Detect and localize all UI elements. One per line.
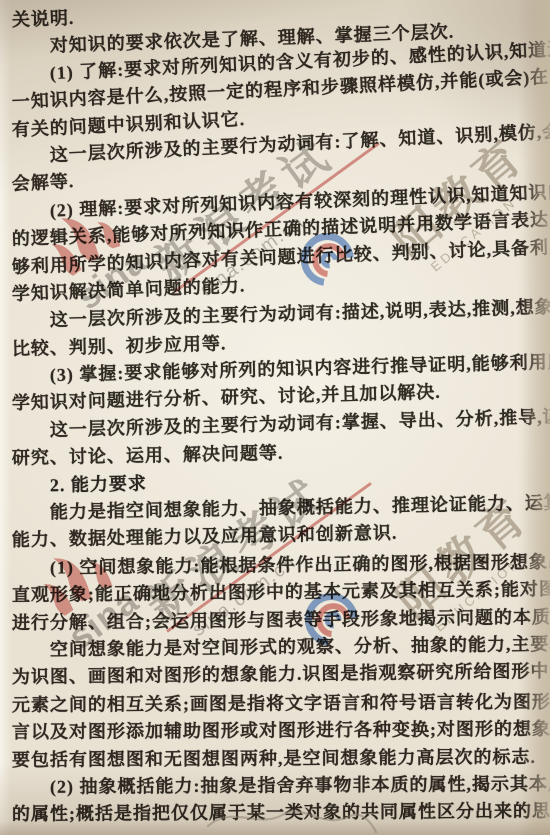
text-line: 言以及对图形添加辅助图形或对图形进行各种变换;对图形的想象主 bbox=[12, 716, 550, 747]
text-line: (2) 抽象概括能力:抽象是指舍弃事物非本质的属性,揭示其本质 bbox=[12, 771, 550, 802]
text-line: 要包括有图想图和无图想图两种,是空间想象能力高层次的标志. bbox=[12, 743, 550, 774]
pen-scribble-mark bbox=[200, 798, 380, 835]
scanned-document-page: 关说明.对知识的要求依次是了解、理解、掌握三个层次.(1) 了解:要求对所列知识… bbox=[0, 0, 550, 835]
text-line: 元素之间的相互关系;画图是指将文字语言和符号语言转化为图形语 bbox=[12, 688, 550, 719]
